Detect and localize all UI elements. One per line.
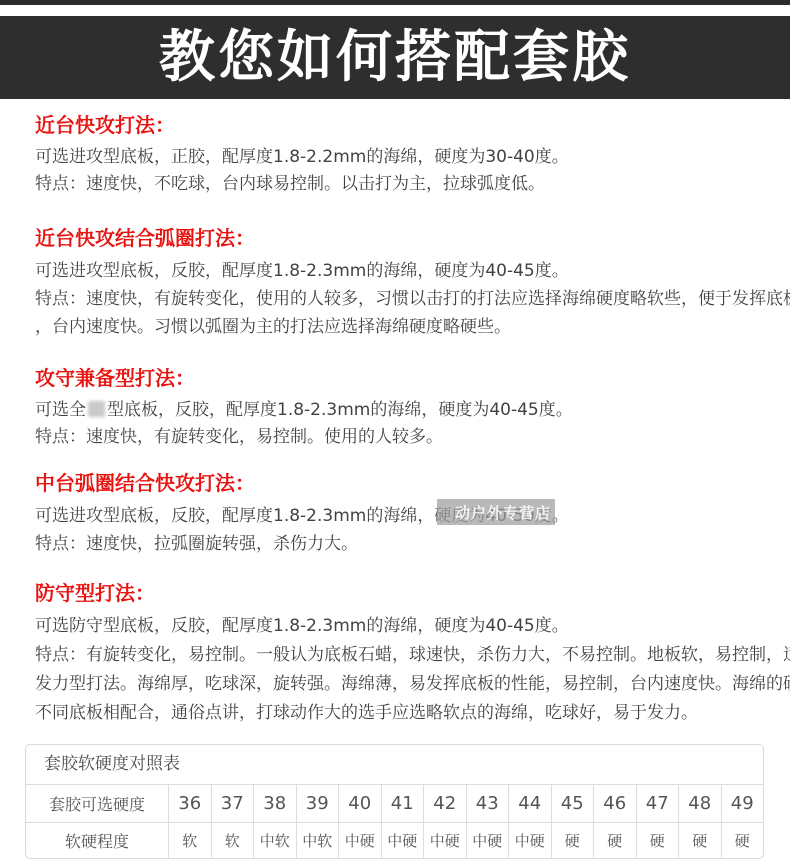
- body-text-prefix: 可选全: [35, 400, 86, 420]
- table-cell: 45: [551, 785, 594, 822]
- table-cell: 中硬: [508, 823, 551, 858]
- body-line: 特点：速度快，有旋转变化，易控制。使用的人较多。: [35, 424, 765, 451]
- table-cell: 47: [636, 785, 679, 822]
- body-line: ，台内速度快。习惯以弧圈为主的打法应选择海绵硬度略硬些。: [35, 313, 765, 341]
- table-cell: 40: [338, 785, 381, 822]
- table-cell: 46: [593, 785, 636, 822]
- table-cell: 中硬: [338, 823, 381, 858]
- page: 教您如何搭配套胶 近台快攻打法： 可选进攻型底板，正胶，配厚度1.8-2.2mm…: [0, 0, 790, 862]
- table-title: 套胶软硬度对照表: [26, 745, 763, 785]
- row-label: 套胶可选硬度: [26, 785, 168, 822]
- body-line: 特点：速度快，有旋转变化，使用的人较多，习惯以击打的打法应选择海绵硬度略软些，便…: [35, 285, 765, 313]
- body-line: 不同底板相配合，通俗点讲，打球动作大的选手应选略软点的海绵，吃球好，易于发力。: [35, 699, 765, 728]
- section-attack-defense-balanced: 攻守兼备型打法： 可选全型底板，反胶，配厚度1.8-2.3mm的海绵，硬度为40…: [35, 365, 765, 451]
- body-line: 特点：速度快，拉弧圈旋转强，杀伤力大。: [35, 530, 765, 558]
- table-cell: 41: [381, 785, 424, 822]
- section-heading: 中台弧圈结合快攻打法：: [35, 470, 765, 496]
- table-row-softness: 软硬程度 软 软 中软 中软 中硬 中硬 中硬 中硬 中硬 硬 硬 硬 硬 硬: [26, 823, 763, 858]
- censored-blur-block: [88, 401, 105, 417]
- body-line: 特点：速度快，不吃球，台内球易控制。以击打为主，拉球弧度低。: [35, 171, 765, 198]
- table-cell: 49: [721, 785, 764, 822]
- table-cell: 硬: [551, 823, 594, 858]
- body-line: 可选进攻型底板，正胶，配厚度1.8-2.2mm的海绵，硬度为30-40度。: [35, 144, 765, 171]
- table-cell: 硬: [678, 823, 721, 858]
- page-title: 教您如何搭配套胶: [159, 16, 631, 99]
- shop-watermark-text: 动户外专营店: [441, 502, 551, 523]
- table-cell: 中软: [253, 823, 296, 858]
- table-cell: 38: [253, 785, 296, 822]
- body-line-with-censor: 可选全型底板，反胶，配厚度1.8-2.3mm的海绵，硬度为40-45度。: [35, 397, 765, 424]
- table-cell: 硬: [636, 823, 679, 858]
- section-heading: 近台快攻结合弧圈打法：: [35, 225, 765, 251]
- body-line: 发力型打法。海绵厚，吃球深，旋转强。海绵薄，易发挥底板的性能，易控制，台内速度快…: [35, 670, 765, 699]
- table-cell: 软: [211, 823, 254, 858]
- body-line: 可选进攻型底板，反胶，配厚度1.8-2.3mm的海绵，硬度为40-50度。: [35, 502, 765, 530]
- section-close-table-fast-attack: 近台快攻打法： 可选进攻型底板，正胶，配厚度1.8-2.2mm的海绵，硬度为30…: [35, 112, 765, 198]
- section-defensive-style: 防守型打法： 可选防守型底板，反胶，配厚度1.8-2.3mm的海绵，硬度为40-…: [35, 580, 765, 728]
- section-fast-attack-with-loop: 近台快攻结合弧圈打法： 可选进攻型底板，反胶，配厚度1.8-2.3mm的海绵，硬…: [35, 225, 765, 341]
- body-line: 可选进攻型底板，反胶，配厚度1.8-2.3mm的海绵，硬度为40-45度。: [35, 257, 765, 285]
- table-cell: 39: [296, 785, 339, 822]
- section-heading: 近台快攻打法：: [35, 112, 765, 138]
- table-cell: 36: [168, 785, 211, 822]
- table-cell: 48: [678, 785, 721, 822]
- row-label: 软硬程度: [26, 823, 168, 858]
- section-heading: 攻守兼备型打法：: [35, 365, 765, 391]
- rubber-hardness-table: 套胶软硬度对照表 套胶可选硬度 36 37 38 39 40 41 42 43 …: [25, 744, 764, 859]
- table-cell: 中硬: [466, 823, 509, 858]
- table-cell: 42: [423, 785, 466, 822]
- table-cell: 硬: [721, 823, 764, 858]
- section-heading: 防守型打法：: [35, 580, 765, 606]
- body-line: 可选防守型底板，反胶，配厚度1.8-2.3mm的海绵，硬度为40-45度。: [35, 612, 765, 641]
- body-line: 特点：有旋转变化，易控制。一般认为底板石蜡，球速快，杀伤力大，不易控制。地板软，…: [35, 641, 765, 670]
- table-cell: 中软: [296, 823, 339, 858]
- table-cell: 44: [508, 785, 551, 822]
- shop-watermark: 动户外专营店: [437, 499, 555, 525]
- table-cell: 37: [211, 785, 254, 822]
- table-cell: 43: [466, 785, 509, 822]
- table-row-hardness: 套胶可选硬度 36 37 38 39 40 41 42 43 44 45 46 …: [26, 785, 763, 823]
- table-cell: 硬: [593, 823, 636, 858]
- table-cell: 中硬: [423, 823, 466, 858]
- section-mid-table-loop-fast-attack: 中台弧圈结合快攻打法： 可选进攻型底板，反胶，配厚度1.8-2.3mm的海绵，硬…: [35, 470, 765, 558]
- body-text-suffix: 型底板，反胶，配厚度1.8-2.3mm的海绵，硬度为40-45度。: [107, 400, 573, 420]
- top-accent-bar: [0, 0, 790, 5]
- table-cell: 中硬: [381, 823, 424, 858]
- table-cell: 软: [168, 823, 211, 858]
- header-banner: 教您如何搭配套胶: [0, 16, 790, 99]
